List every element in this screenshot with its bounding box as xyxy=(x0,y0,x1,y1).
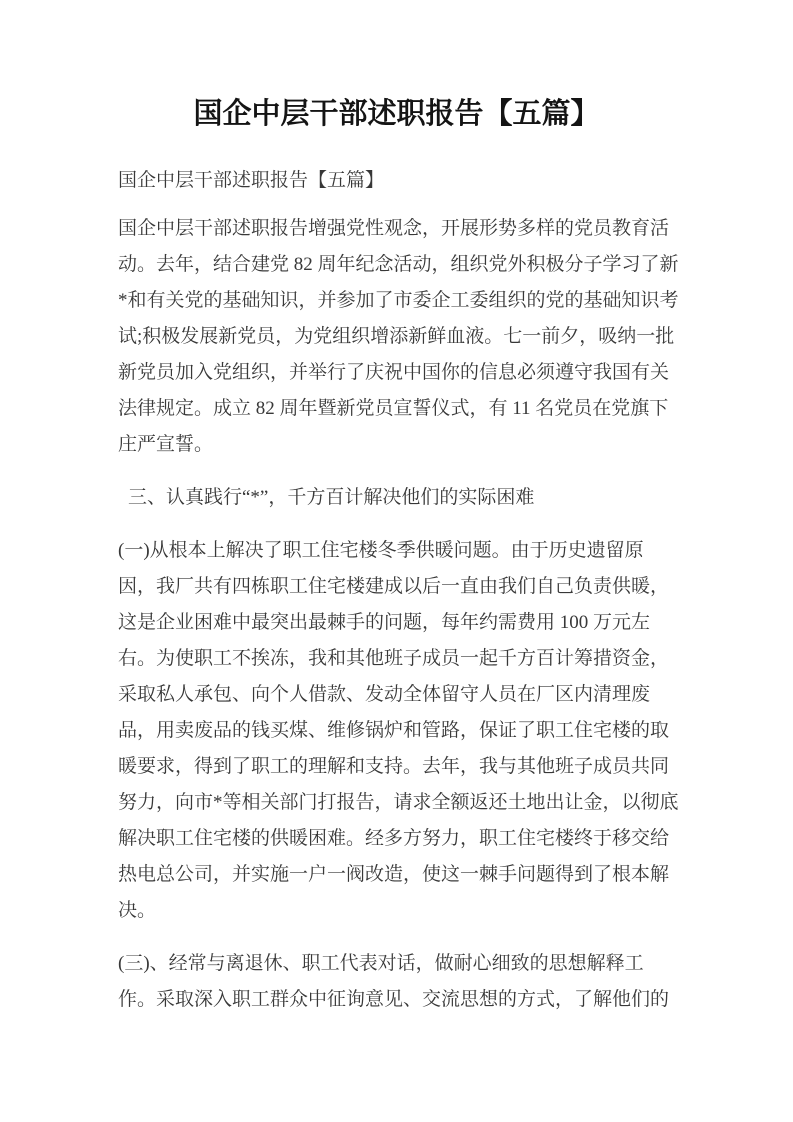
section-heading: 三、认真践行“*”，千方百计解决他们的实际困难 xyxy=(118,480,698,516)
document-page: 国企中层干部述职报告【五篇】 国企中层干部述职报告【五篇】 国企中层干部述职报告… xyxy=(0,0,793,1122)
paragraph-intro: 国企中层干部述职报告增强党性观念，开展形势多样的党员教育活 动。去年，结合建党 … xyxy=(118,211,698,463)
paragraph-heating: (一)从根本上解决了职工住宅楼冬季供暖问题。由于历史遗留原 因，我厂共有四栋职工… xyxy=(118,533,698,929)
subtitle: 国企中层干部述职报告【五篇】 xyxy=(118,163,698,199)
page-title: 国企中层干部述职报告【五篇】 xyxy=(118,92,675,136)
paragraph-dialogue: (三)、经常与离退休、职工代表对话，做耐心细致的思想解释工 作。采取深入职工群众… xyxy=(118,946,698,1018)
document-content: 国企中层干部述职报告【五篇】 国企中层干部述职报告【五篇】 国企中层干部述职报告… xyxy=(0,0,793,1018)
